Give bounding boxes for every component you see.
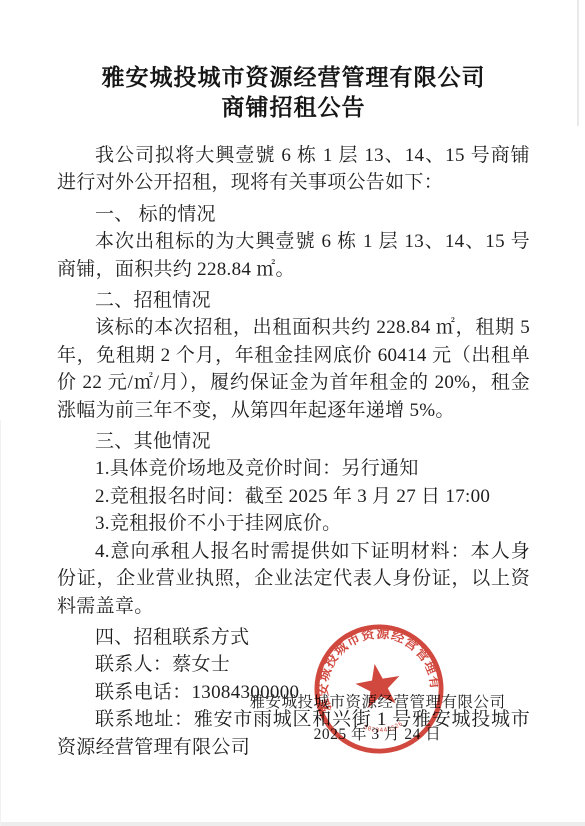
- signature-company: 雅安城投城市资源经营管理有限公司: [170, 690, 585, 712]
- document-title: 雅安城投城市资源经营管理有限公司 商铺招租公告: [57, 62, 530, 122]
- list-item-1: 1.具体竞价场地及竞价时间：另行通知: [57, 455, 530, 482]
- document-page: 雅安城投城市资源经营管理有限公司 商铺招租公告 我公司拟将大興壹號 6 栋 1 …: [0, 0, 585, 826]
- title-line-1: 雅安城投城市资源经营管理有限公司: [57, 62, 530, 92]
- list-item-2: 2.竞租报名时间：截至 2025 年 3 月 27 日 17:00: [57, 483, 530, 510]
- paragraph-subject: 本次出租标的为大興壹號 6 栋 1 层 13、14、15 号商铺，面积共约 22…: [57, 228, 530, 283]
- scan-artifact-right-edge: [577, 0, 579, 126]
- section-heading-3: 三、其他情况: [57, 428, 530, 455]
- section-heading-1: 一、 标的情况: [57, 201, 530, 228]
- paragraph-lease-terms: 该标的本次招租，出租面积共约 228.84 ㎡，租期 5 年，免租期 2 个月，…: [57, 314, 530, 424]
- scan-artifact-left-edge: [0, 420, 1, 826]
- scan-artifact-bottom-edge: [0, 822, 585, 826]
- signature-block: 雅安城投城市资源经营管理有限公司 2025 年 3 月 24 日: [170, 690, 585, 744]
- section-heading-2: 二、招租情况: [57, 287, 530, 314]
- paragraph-intro: 我公司拟将大興壹號 6 栋 1 层 13、14、15 号商铺进行对外公开招租，现…: [57, 142, 530, 197]
- document-body: 我公司拟将大興壹號 6 栋 1 层 13、14、15 号商铺进行对外公开招租，现…: [57, 142, 530, 761]
- contact-person: 联系人：蔡女士: [57, 651, 530, 678]
- document-content: 雅安城投城市资源经营管理有限公司 商铺招租公告 我公司拟将大興壹號 6 栋 1 …: [57, 62, 530, 761]
- title-line-2: 商铺招租公告: [57, 92, 530, 122]
- list-item-3: 3.竞租报价不小于挂网底价。: [57, 510, 530, 537]
- section-heading-4: 四、招租联系方式: [57, 624, 530, 651]
- list-item-4: 4.意向承租人报名时需提供如下证明材料：本人身份证，企业营业执照，企业法定代表人…: [57, 538, 530, 620]
- signature-date: 2025 年 3 月 24 日: [170, 722, 585, 744]
